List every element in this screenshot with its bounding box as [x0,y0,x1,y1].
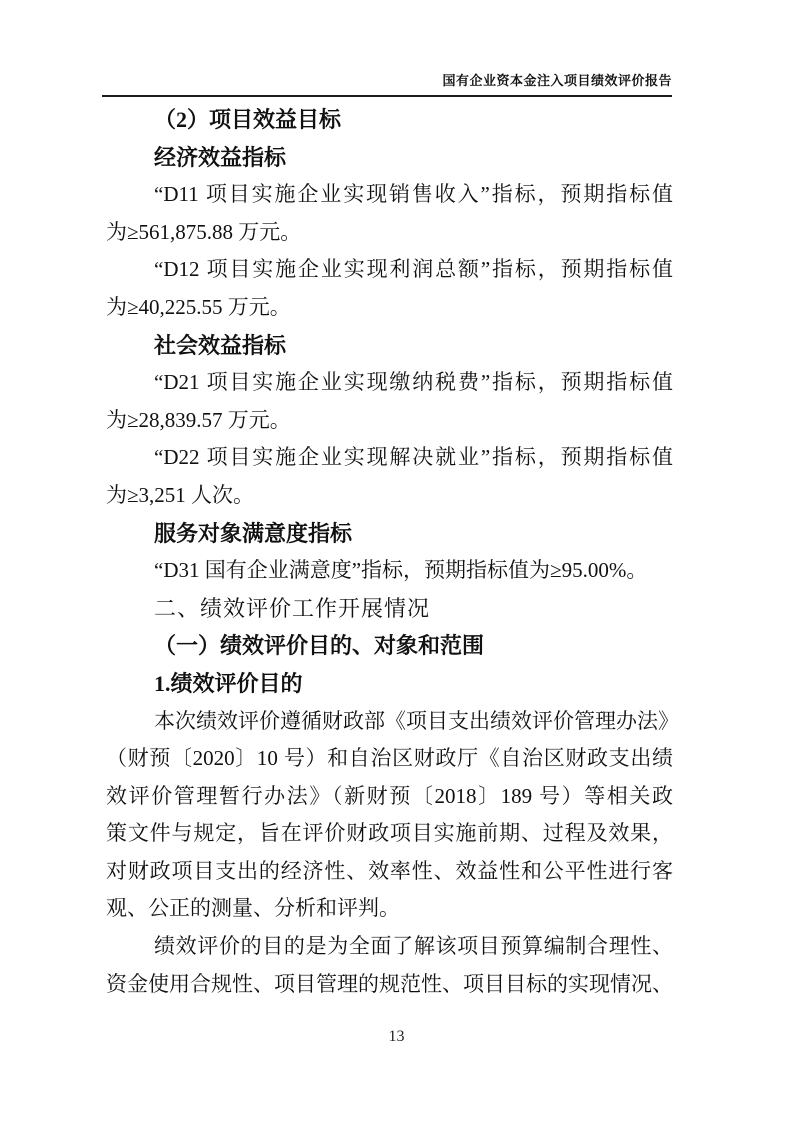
document-body: （2）项目效益目标经济效益指标“D11 项目实施企业实现销售收入”指标，预期指标… [106,101,673,1003]
body-text-line: 资金使用合规性、项目管理的规范性、项目目标的实现情况、 [106,966,673,1004]
body-text-line: 效评价管理暂行办法》（新财预〔2018〕189 号）等相关政 [106,778,673,816]
body-text-line: 策文件与规定，旨在评价财政项目实施前期、过程及效果， [106,815,673,853]
body-text-line: “D22 项目实施企业实现解决就业”指标，预期指标值 [106,439,673,477]
header-rule [102,95,672,97]
body-text-line: “D11 项目实施企业实现销售收入”指标，预期指标值 [106,176,673,214]
document-page: 国有企业资本金注入项目绩效评价报告 （2）项目效益目标经济效益指标“D11 项目… [0,0,793,1122]
body-text-line: 对财政项目支出的经济性、效率性、效益性和公平性进行客 [106,853,673,891]
heading-line: 服务对象满意度指标 [106,515,673,553]
body-text-line: 为≥28,839.57 万元。 [106,402,673,440]
body-text-line: 为≥561,875.88 万元。 [106,214,673,252]
body-text-line: 观、公正的测量、分析和评判。 [106,890,673,928]
header-running-title: 国有企业资本金注入项目绩效评价报告 [104,70,672,89]
body-text-line: 绩效评价的目的是为全面了解该项目预算编制合理性、 [106,928,673,966]
section-heading-line: 二、绩效评价工作开展情况 [106,590,673,628]
body-text-line: （财预〔2020〕10 号）和自治区财政厅《自治区财政支出绩 [106,740,673,778]
heading-line: 社会效益指标 [106,327,673,365]
body-text-line: “D21 项目实施企业实现缴纳税费”指标，预期指标值 [106,364,673,402]
heading-line: （一）绩效评价目的、对象和范围 [106,627,673,665]
heading-line: （2）项目效益目标 [106,101,673,139]
page-number: 13 [0,1028,793,1046]
body-text-line: 为≥40,225.55 万元。 [106,289,673,327]
body-text-line: 为≥3,251 人次。 [106,477,673,515]
body-text-line: “D31 国有企业满意度”指标，预期指标值为≥95.00%。 [106,552,673,590]
heading-line: 经济效益指标 [106,139,673,177]
body-text-line: “D12 项目实施企业实现利润总额”指标，预期指标值 [106,251,673,289]
heading-line: 1.绩效评价目的 [106,665,673,703]
body-text-line: 本次绩效评价遵循财政部《项目支出绩效评价管理办法》 [106,703,673,741]
